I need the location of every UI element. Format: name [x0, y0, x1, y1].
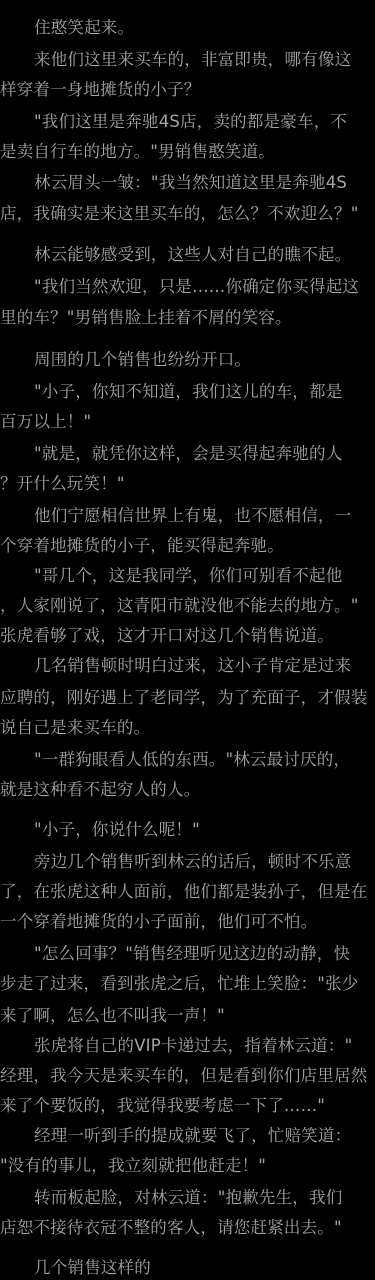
text-line: 转而板起脸，对林云道："抱歉先生，我们 [0, 1183, 375, 1213]
text-line: "一群狗眼看人低的东西。"林云最讨厌的， [0, 745, 375, 775]
text-line: 店恕不接待衣冠不整的客人，请您赶紧出去。" [0, 1213, 375, 1243]
text-line: 林云能够感受到，这些人对自己的瞧不起。 [0, 240, 375, 270]
text-line: 来了啊，怎么也不叫我一声！" [0, 1001, 375, 1031]
text-line: 来他们这里来买车的，非富即贵，哪有像这 [0, 45, 375, 75]
text-line: 旁边几个销售听到林云的话后，顿时不乐意 [0, 847, 375, 877]
text-line: 应聘的，刚好遇上了老同学，为了充面子，才假装 [0, 683, 375, 713]
text-line: 经理，我今天是来买车的，但是看到你们店里居然 [0, 1061, 375, 1091]
text-line: 来了个要饭的，我觉得我要考虑一下了……" [0, 1091, 375, 1121]
text-line: 里的车？"男销售脸上挂着不屑的笑容。 [0, 303, 375, 333]
text-line: 几名销售顿时明白过来，这小子肯定是过来 [0, 651, 375, 681]
text-line: "哥几个，这是我同学，你们可别看不起他 [0, 561, 375, 591]
text-line: 个穿着地摊货的小子，能买得起奔驰。 [0, 531, 375, 561]
text-line: 几个销售这样的 [0, 1253, 375, 1280]
text-line: "小子，你知不知道，我们这儿的车，都是 [0, 377, 375, 407]
text-line: "就是，就凭你这样，会是买得起奔驰的人 [0, 439, 375, 469]
text-line: 步走了过来，看到张虎之后，忙堆上笑脸："张少 [0, 969, 375, 999]
text-line: 了，在张虎这种人面前，他们都是装孙子，但是在 [0, 877, 375, 907]
text-line: 店，我确实是来这里买车的，怎么？不欢迎么？" [0, 199, 375, 229]
text-line: "小子，你说什么呢！" [0, 815, 375, 845]
text-line: ，人家刚说了，这青阳市就没他不能去的地方。" [0, 591, 375, 621]
text-line: "怎么回事？"销售经理听见这边的动静，快 [0, 939, 375, 969]
text-line: "我们当然欢迎，只是……你确定你买得起这 [0, 272, 375, 302]
text-line: 样穿着一身地摊货的小子？ [0, 75, 375, 105]
text-line: 张虎看够了戏，这才开口对这几个销售说道。 [0, 621, 375, 651]
text-line: 经理一听到手的提成就要飞了，忙赔笑道： [0, 1121, 375, 1151]
text-line: ？开什么玩笑！" [0, 469, 375, 499]
text-line: 张虎将自己的VIP卡递过去，指着林云道：" [0, 1031, 375, 1061]
text-line: 说自己是来买车的。 [0, 713, 375, 743]
text-line: 百万以上！" [0, 407, 375, 437]
text-line: 就是这种看不起穷人的人。 [0, 775, 375, 805]
text-line: "没有的事儿，我立刻就把他赶走！" [0, 1151, 375, 1181]
text-line: 林云眉头一皱："我当然知道这里是奔驰4S [0, 168, 375, 198]
text-line: "我们这里是奔驰4S店，卖的都是豪车，不 [0, 107, 375, 137]
text-line: 他们宁愿相信世界上有鬼，也不愿相信，一 [0, 501, 375, 531]
text-line: 周围的几个销售也纷纷开口。 [0, 345, 375, 375]
text-line: 住憨笑起来。 [0, 13, 375, 43]
text-line: 是卖自行车的地方。"男销售憨笑道。 [0, 137, 375, 167]
text-line: 一个穿着地摊货的小子面前，他们可不怕。 [0, 907, 375, 937]
